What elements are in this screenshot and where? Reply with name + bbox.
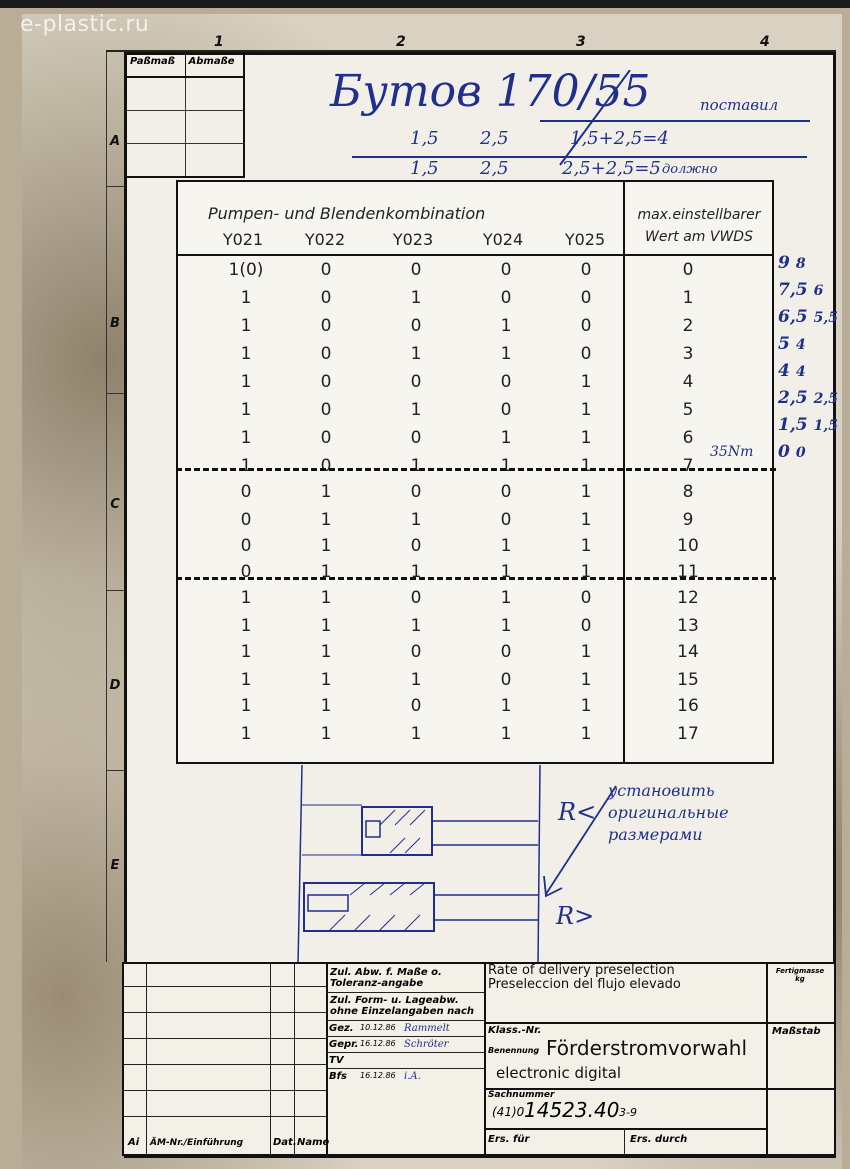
cell-y024: 1 [476, 344, 536, 364]
side-value: 00 [778, 442, 806, 462]
row-divider [106, 393, 124, 394]
cell-max-value: 10 [658, 536, 718, 556]
side-value-right: 8 [796, 256, 806, 272]
divider [326, 992, 484, 993]
cell-y022: 0 [296, 288, 356, 308]
passmass-header: Paßmaß [127, 52, 186, 76]
grid-col-1: 1 [214, 34, 224, 50]
side-value-right: 2,5 [814, 391, 838, 407]
cell-max-value: 9 [658, 510, 718, 530]
combination-table: Pumpen- und Blendenkombination max.einst… [176, 180, 774, 764]
cell-y021: 1 [216, 670, 276, 690]
cell-y024: 1 [476, 428, 536, 448]
col-y022: Y022 [290, 230, 360, 249]
cell-max-value: 17 [658, 724, 718, 744]
divider [484, 1022, 766, 1024]
value-title-line2: Wert am VWDS [626, 226, 772, 248]
side-value: 44 [778, 361, 806, 381]
cell-y023: 0 [386, 588, 446, 608]
cell-y023: 0 [386, 482, 446, 502]
section-divider-1 [176, 468, 776, 471]
signature-row: Gepr.16.12.86Schröter [326, 1036, 484, 1053]
table-row: 1(0)00000 [178, 260, 772, 288]
cell-y021: 1 [216, 288, 276, 308]
cell-y023: 0 [386, 696, 446, 716]
description: Rate of delivery preselection Preselecci… [488, 964, 681, 992]
cell-y021: 1 [216, 642, 276, 662]
cell-y025: 1 [556, 670, 616, 690]
signature-role: Gepr. [329, 1039, 358, 1050]
signature-row: Bfs16.12.86i.A. [326, 1068, 484, 1085]
cell-y022: 0 [296, 372, 356, 392]
rev-row-divider [124, 1012, 326, 1013]
cell-y024: 0 [476, 670, 536, 690]
cell-y023: 1 [386, 616, 446, 636]
side-value-left: 6,5 [778, 307, 808, 327]
cell-y023: 1 [386, 670, 446, 690]
cell-max-value: 15 [658, 670, 718, 690]
table-row: 1111117 [178, 724, 772, 752]
cell-y025: 1 [556, 482, 616, 502]
cell-max-value: 13 [658, 616, 718, 636]
sketch-note-line3: размерами [608, 824, 729, 846]
signature-name: Schröter [404, 1039, 448, 1050]
cell-y023: 0 [386, 642, 446, 662]
cell-y021: 1 [216, 428, 276, 448]
cell-y025: 1 [556, 456, 616, 476]
grid-col-4: 4 [760, 34, 770, 50]
signature-role: TV [329, 1055, 344, 1066]
handwritten-note-installed: поставил [700, 96, 778, 114]
description-es: Preseleccion del flujo elevado [488, 978, 681, 992]
signature-name: Rammelt [404, 1023, 450, 1034]
cell-y024: 1 [476, 456, 536, 476]
table-hdivider [178, 254, 772, 256]
sachnummer-prefix: (41)0 [492, 1105, 524, 1119]
cell-y021: 1 [216, 372, 276, 392]
cell-y025: 1 [556, 696, 616, 716]
cell-y021: 1 [216, 616, 276, 636]
calc-r2-b: 2,5 [480, 158, 509, 179]
title-block: Ai ÄM-Nr./Einführung Dat. Name Zul. Abw.… [122, 962, 836, 1156]
signature-date: 16.12.86 [360, 1039, 396, 1048]
sketch-note: установить оригинальные размерами [608, 780, 729, 846]
grid-row-d: D [106, 678, 124, 693]
title-main: Rate of delivery preselection Preselecci… [484, 964, 768, 1154]
cell-y022: 0 [296, 260, 356, 280]
table-row: 011019 [178, 510, 772, 538]
rev-header-index: Ai [128, 1137, 139, 1148]
divider [484, 1128, 766, 1130]
watermark: e-plastic.ru [20, 12, 149, 37]
grid-row-e: E [106, 858, 124, 873]
cell-max-value: 6 [658, 428, 718, 448]
cell-y022: 0 [296, 400, 356, 420]
table-row: 100116 [178, 428, 772, 456]
cell-max-value: 8 [658, 482, 718, 502]
cell-max-value: 4 [658, 372, 718, 392]
cell-y021: 0 [216, 510, 276, 530]
cell-y023: 1 [386, 344, 446, 364]
side-value-left: 1,5 [778, 415, 808, 435]
side-value-left: 5 [778, 334, 790, 354]
signature-row: Gez.10.12.86Rammelt [326, 1020, 484, 1037]
tolerance-general-label: Zul. Abw. f. Maße o. Toleranz-angabe [330, 967, 480, 989]
cell-y023: 0 [386, 316, 446, 336]
grid-col-2: 2 [396, 34, 406, 50]
cell-y022: 1 [296, 510, 356, 530]
cell-y022: 0 [296, 316, 356, 336]
grid-row-c: C [106, 497, 124, 512]
calc-r1-b: 2,5 [480, 128, 509, 149]
rev-row-divider [124, 1038, 326, 1039]
cell-y022: 1 [296, 482, 356, 502]
table-row: 101103 [178, 344, 772, 372]
klass-label: Klass.-Nr. [488, 1025, 541, 1036]
cell-y025: 1 [556, 400, 616, 420]
side-value-left: 7,5 [778, 280, 808, 300]
cell-y022: 0 [296, 428, 356, 448]
side-value: 6,55,5 [778, 307, 838, 327]
cell-y021: 1 [216, 588, 276, 608]
divider [766, 1022, 834, 1024]
cell-y024: 0 [476, 400, 536, 420]
signature-role: Bfs [329, 1071, 347, 1082]
cell-y024: 0 [476, 372, 536, 392]
col-y021: Y021 [208, 230, 278, 249]
cell-y022: 1 [296, 616, 356, 636]
side-value-right: 4 [796, 337, 806, 353]
side-value-right: 1,5 [814, 418, 838, 434]
side-value-left: 2,5 [778, 388, 808, 408]
cell-max-value: 2 [658, 316, 718, 336]
table-row: 1100114 [178, 642, 772, 670]
side-value-left: 0 [778, 442, 790, 462]
torque-note: 35Nm [710, 444, 753, 460]
rev-header-date: Dat. [273, 1137, 297, 1148]
row-divider [106, 186, 124, 187]
handwritten-side-column: 987,566,55,554442,52,51,51,500 [772, 245, 836, 475]
cell-y022: 1 [296, 670, 356, 690]
rev-row-divider [124, 1116, 326, 1117]
cell-y025: 0 [556, 260, 616, 280]
top-edge [0, 0, 850, 8]
table-row: 100014 [178, 372, 772, 400]
cell-y023: 0 [386, 260, 446, 280]
cell-y023: 1 [386, 288, 446, 308]
table-row: 100102 [178, 316, 772, 344]
cell-y025: 1 [556, 372, 616, 392]
table-row: 1110115 [178, 670, 772, 698]
cell-y024: 0 [476, 510, 536, 530]
table-row: 0111111 [178, 562, 772, 590]
side-value-left: 9 [778, 253, 790, 273]
sketch-note-line1: установить [608, 780, 729, 802]
slash-stroke [540, 70, 660, 170]
section-divider-2 [176, 577, 776, 580]
fit-tolerance-box: Paßmaß Abmaße [127, 52, 245, 178]
radius-greater-label: R> [556, 902, 594, 930]
cell-y024: 1 [476, 724, 536, 744]
table-row: 1111013 [178, 616, 772, 644]
cell-max-value: 16 [658, 696, 718, 716]
table-row: 1101116 [178, 696, 772, 724]
cell-y024: 0 [476, 288, 536, 308]
ers-durch-label: Ers. durch [630, 1134, 687, 1145]
cell-max-value: 5 [658, 400, 718, 420]
cell-max-value: 14 [658, 642, 718, 662]
cell-y024: 1 [476, 588, 536, 608]
approval-block: Zul. Abw. f. Maße o. Toleranz-angabe Zul… [326, 964, 486, 1154]
cell-y022: 1 [296, 588, 356, 608]
cell-max-value: 0 [658, 260, 718, 280]
cell-y021: 1 [216, 724, 276, 744]
grid-row-b: B [106, 316, 124, 331]
sachnummer-value: 14523.40 [524, 1098, 619, 1122]
sachnummer-suffix: 3-9 [619, 1106, 637, 1119]
cell-max-value: 3 [658, 344, 718, 364]
cell-y021: 1 [216, 456, 276, 476]
cell-y021: 0 [216, 536, 276, 556]
benennung-sub: electronic digital [496, 1064, 621, 1082]
calc-r2-a: 1,5 [410, 158, 439, 179]
cell-y024: 0 [476, 642, 536, 662]
rev-col-divider [270, 964, 271, 1154]
cell-y025: 1 [556, 724, 616, 744]
signature-role: Gez. [329, 1023, 354, 1034]
massstab-label: Maßstab [772, 1026, 821, 1037]
table-row: 101015 [178, 400, 772, 428]
cell-y025: 1 [556, 428, 616, 448]
rev-row-divider [124, 986, 326, 987]
divider [766, 1088, 834, 1090]
cell-y024: 1 [476, 696, 536, 716]
side-value-right: 0 [796, 445, 806, 461]
side-value-right: 4 [796, 364, 806, 380]
cell-y025: 0 [556, 344, 616, 364]
divider [624, 1128, 625, 1154]
cell-y021: 1 [216, 316, 276, 336]
rev-header-change: ÄM-Nr./Einführung [150, 1138, 243, 1148]
col-y023: Y023 [378, 230, 448, 249]
value-title-line1: max.einstellbarer [626, 204, 772, 226]
col-y025: Y025 [550, 230, 620, 249]
cell-y021: 1 [216, 400, 276, 420]
cell-y024: 1 [476, 616, 536, 636]
table-row: 101001 [178, 288, 772, 316]
cell-y025: 1 [556, 510, 616, 530]
revision-table: Ai ÄM-Nr./Einführung Dat. Name [124, 964, 328, 1154]
cell-y023: 0 [386, 372, 446, 392]
cell-y022: 1 [296, 642, 356, 662]
nozzle-sketch [270, 765, 550, 965]
form-tolerance-label: Zul. Form- u. Lageabw. ohne Einzelangabe… [330, 995, 480, 1017]
col-y024: Y024 [468, 230, 538, 249]
cell-y024: 0 [476, 482, 536, 502]
cell-y022: 1 [296, 724, 356, 744]
group-title: Pumpen- und Blendenkombination [208, 204, 485, 223]
grid-col-3: 3 [576, 34, 586, 50]
row-divider [106, 590, 124, 591]
row-divider [106, 770, 124, 771]
rev-col-divider [294, 964, 295, 1154]
cell-max-value: 1 [658, 288, 718, 308]
rev-row-divider [124, 1090, 326, 1091]
side-value: 1,51,5 [778, 415, 838, 435]
cell-y024: 1 [476, 316, 536, 336]
benennung-label: Benennung [488, 1046, 539, 1055]
side-value-left: 4 [778, 361, 790, 381]
signature-date: 10.12.86 [360, 1023, 396, 1032]
cell-y023: 1 [386, 456, 446, 476]
cell-y021: 1(0) [216, 260, 276, 280]
cell-y025: 0 [556, 316, 616, 336]
ers-fuer-label: Ers. für [488, 1134, 529, 1145]
cell-y021: 1 [216, 344, 276, 364]
cell-max-value: 7 [658, 456, 718, 476]
table-row: 0101110 [178, 536, 772, 564]
benennung-value: Förderstromvorwahl [546, 1036, 747, 1060]
side-value: 2,52,5 [778, 388, 838, 408]
description-en: Rate of delivery preselection [488, 964, 681, 978]
rev-header-name: Name [297, 1137, 329, 1148]
cell-y022: 1 [296, 536, 356, 556]
side-value-right: 6 [814, 283, 824, 299]
rev-col-divider [146, 964, 147, 1154]
cell-y025: 0 [556, 588, 616, 608]
cell-y022: 1 [296, 696, 356, 716]
signature-name: i.A. [404, 1071, 421, 1082]
handwritten-note-should: должно [662, 162, 718, 177]
calc-r1-a: 1,5 [410, 128, 439, 149]
side-value: 98 [778, 253, 806, 273]
table-row: 010018 [178, 482, 772, 510]
grid-row-a: A [106, 134, 124, 149]
cell-y025: 1 [556, 536, 616, 556]
cell-y023: 0 [386, 428, 446, 448]
cell-y022: 0 [296, 456, 356, 476]
cell-y025: 0 [556, 288, 616, 308]
title-side: Fertigmasse kg Maßstab [766, 964, 834, 1154]
cell-y023: 0 [386, 536, 446, 556]
cell-y021: 0 [216, 482, 276, 502]
cell-y022: 0 [296, 344, 356, 364]
cell-y024: 0 [476, 260, 536, 280]
signature-date: 16.12.86 [360, 1071, 396, 1080]
side-value: 7,56 [778, 280, 823, 300]
cell-y025: 1 [556, 642, 616, 662]
cell-max-value: 12 [658, 588, 718, 608]
signature-row: TV [326, 1052, 484, 1069]
sketch-note-line2: оригинальные [608, 802, 729, 824]
cell-y023: 1 [386, 724, 446, 744]
cell-y023: 1 [386, 510, 446, 530]
table-row: 1101012 [178, 588, 772, 616]
fertigmasse-label: Fertigmasse kg [770, 967, 830, 983]
side-value-right: 5,5 [814, 310, 838, 326]
cell-y021: 1 [216, 696, 276, 716]
value-title: max.einstellbarer Wert am VWDS [626, 204, 772, 248]
side-value: 54 [778, 334, 806, 354]
abmasse-header: Abmaße [186, 52, 244, 76]
cell-y023: 1 [386, 400, 446, 420]
rev-row-divider [124, 1064, 326, 1065]
cell-y025: 0 [556, 616, 616, 636]
cell-y024: 1 [476, 536, 536, 556]
